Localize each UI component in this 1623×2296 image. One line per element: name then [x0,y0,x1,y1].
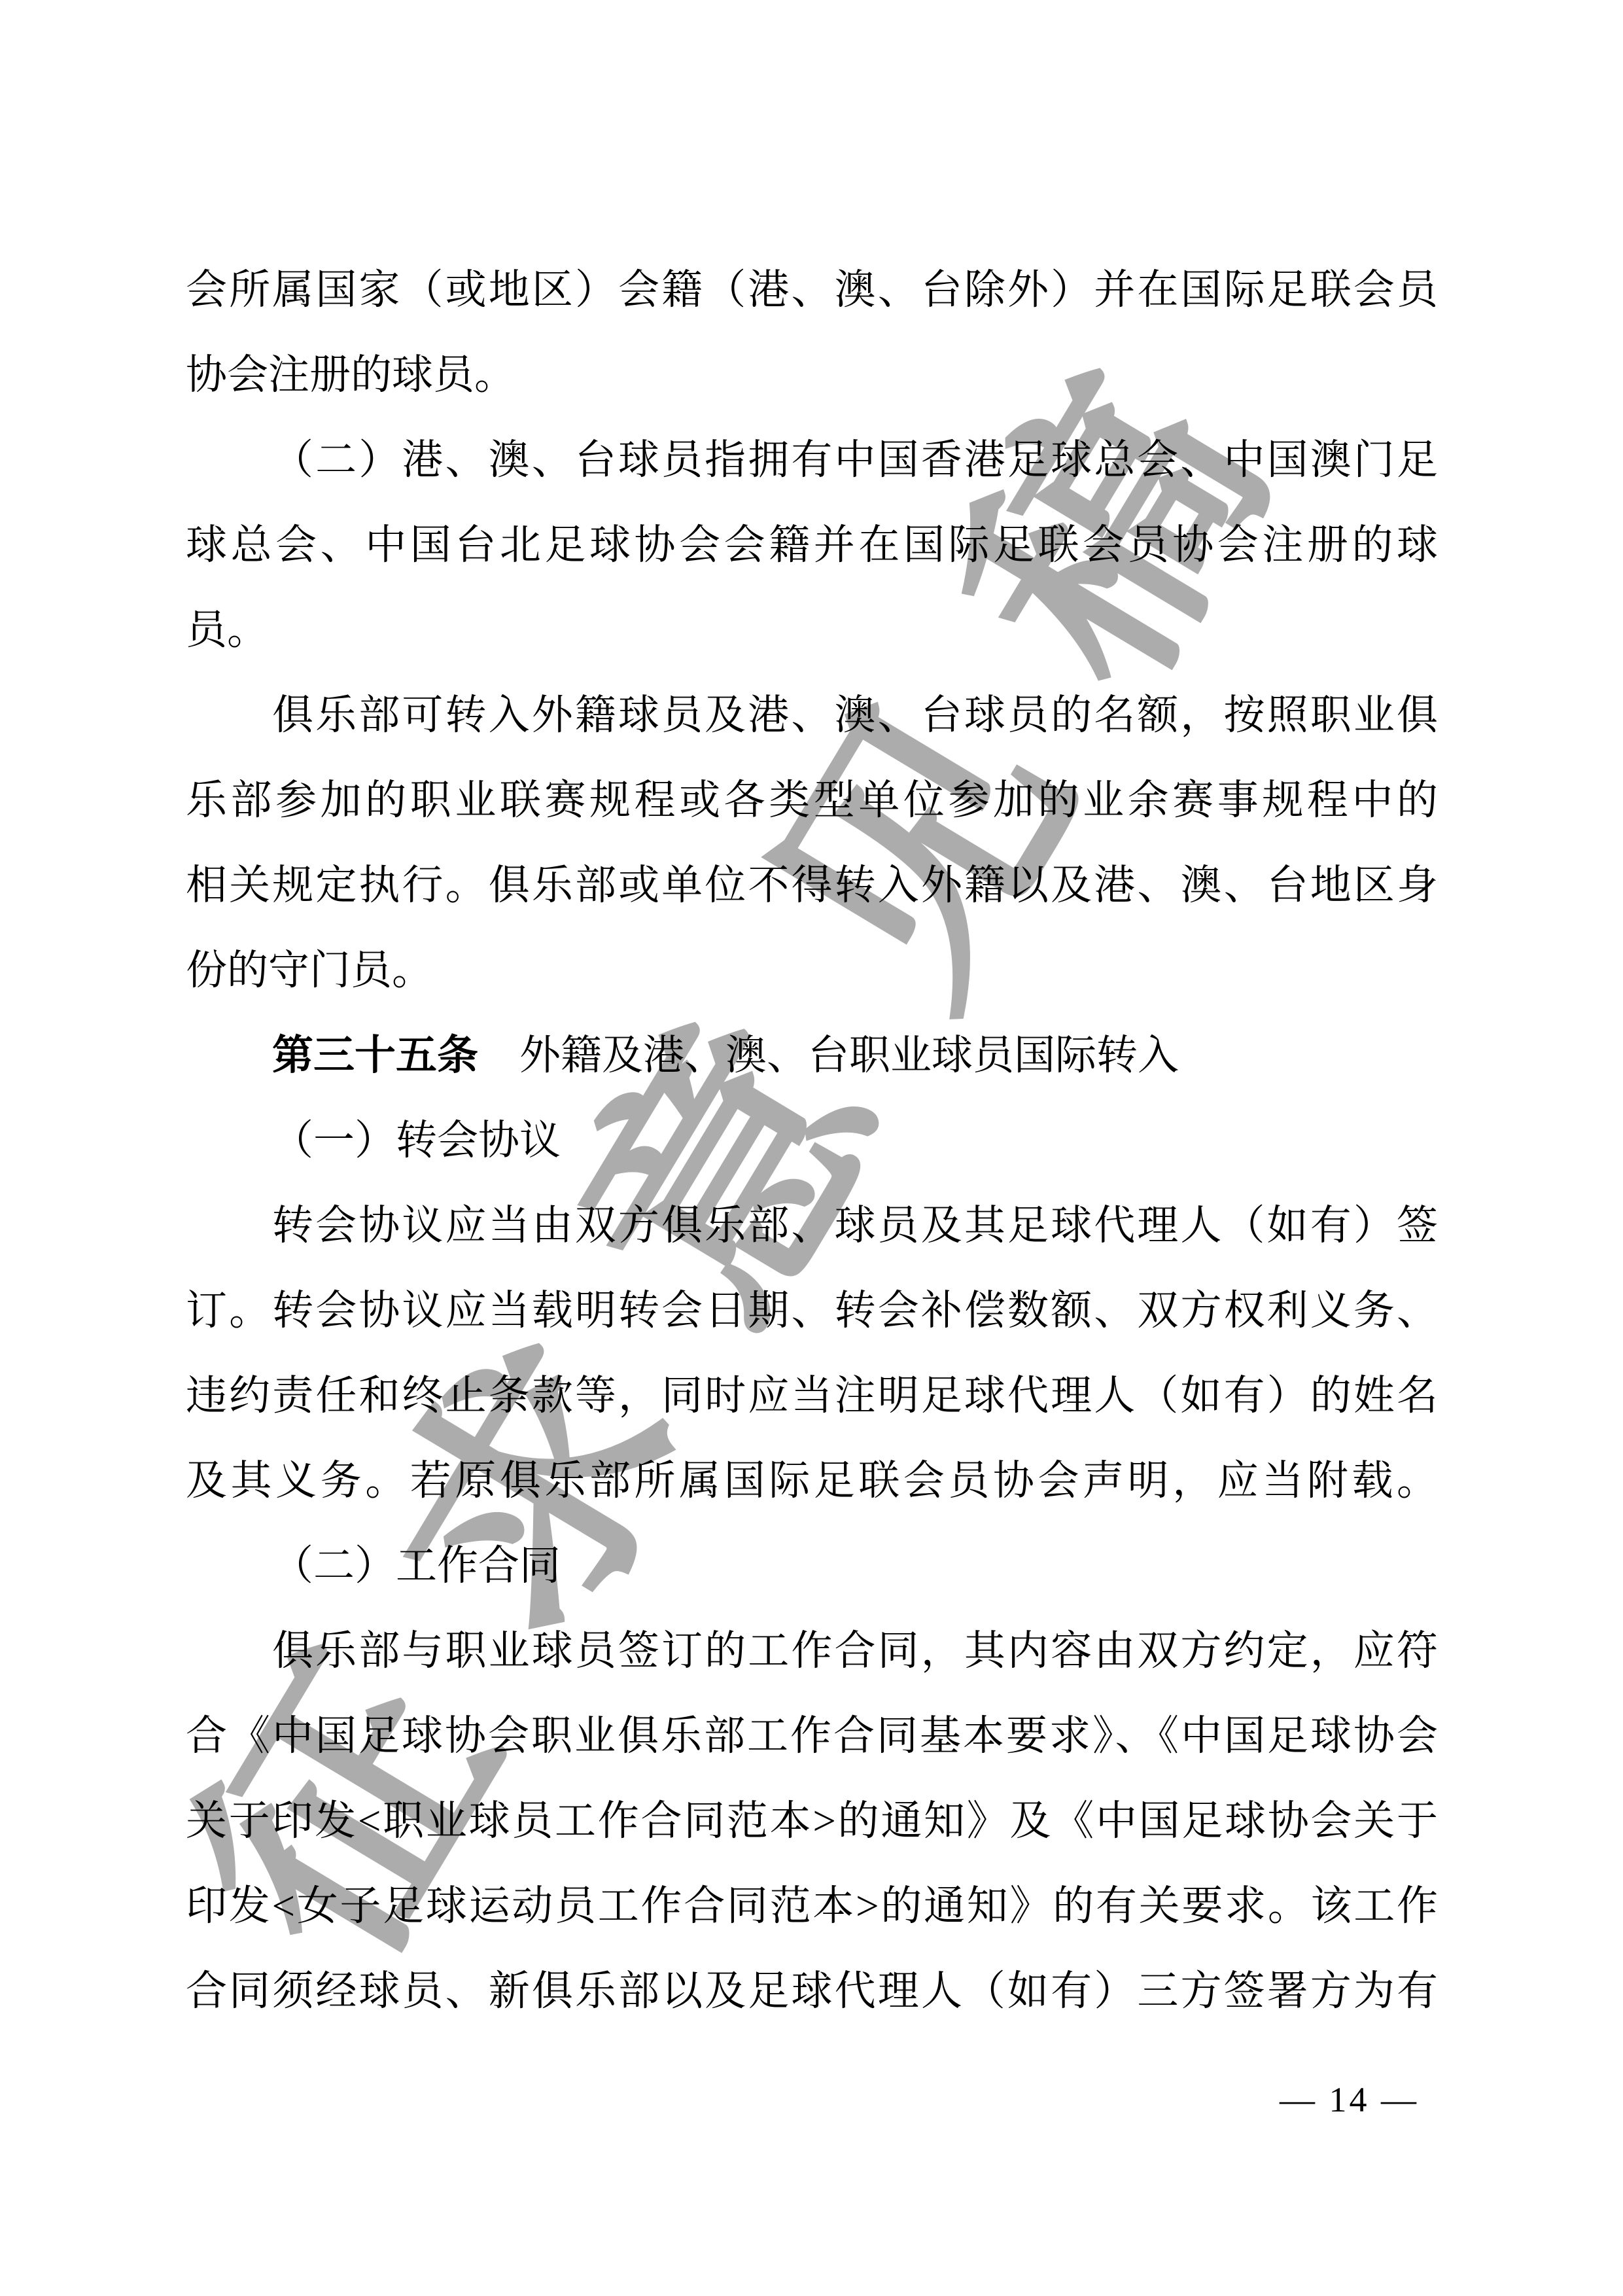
text-line: 相关规定执行。俱乐部或单位不得转入外籍以及港、澳、台地区身 [186,843,1438,928]
line-text: 球总会、中国台北足球协会会籍并在国际足联会员协会注册的球 [186,522,1438,568]
line-text: 俱乐部可转入外籍球员及港、澳、台球员的名额，按照职业俱 [272,692,1438,738]
line-text: 份的守门员。 [186,947,433,993]
text-line: （二）工作合同 [186,1523,1438,1608]
text-line: 印发<女子足球运动员工作合同范本>的通知》的有关要求。该工作 [186,1863,1438,1949]
text-line: 第三十五条 外籍及港、澳、台职业球员国际转入 [186,1013,1438,1098]
line-text: 合同须经球员、新俱乐部以及足球代理人（如有）三方签署方为有 [186,1968,1438,2014]
text-line: 关于印发<职业球员工作合同范本>的通知》及《中国足球协会关于 [186,1778,1438,1863]
text-line: 订。转会协议应当载明转会日期、转会补偿数额、双方权利义务、 [186,1268,1438,1353]
line-text: 转会协议应当由双方俱乐部、球员及其足球代理人（如有）签 [272,1203,1438,1248]
line-text: 印发<女子足球运动员工作合同范本>的通知》的有关要求。该工作 [186,1883,1438,1929]
page-number: — 14 — [1280,2079,1419,2120]
text-line: 违约责任和终止条款等，同时应当注明足球代理人（如有）的姓名 [186,1353,1438,1438]
text-line: 会所属国家（或地区）会籍（港、澳、台除外）并在国际足联会员 [186,247,1438,332]
text-line: （一）转会协议 [186,1098,1438,1183]
line-text: 乐部参加的职业联赛规程或各类型单位参加的业余赛事规程中的 [186,777,1438,823]
line-text: 员。 [186,607,268,653]
article-number: 第三十五条 [272,1033,478,1078]
line-text: 订。转会协议应当载明转会日期、转会补偿数额、双方权利义务、 [186,1288,1438,1333]
text-line: （二）港、澳、台球员指拥有中国香港足球总会、中国澳门足 [186,417,1438,503]
text-line: 员。 [186,588,1438,673]
line-text: 相关规定执行。俱乐部或单位不得转入外籍以及港、澳、台地区身 [186,862,1438,908]
line-text: 会所属国家（或地区）会籍（港、澳、台除外）并在国际足联会员 [186,267,1438,313]
text-line: 乐部参加的职业联赛规程或各类型单位参加的业余赛事规程中的 [186,758,1438,843]
line-text: 违约责任和终止条款等，同时应当注明足球代理人（如有）的姓名 [186,1373,1438,1419]
text-line: 合《中国足球协会职业俱乐部工作合同基本要求》、《中国足球协会 [186,1693,1438,1778]
text-line: 球总会、中国台北足球协会会籍并在国际足联会员协会注册的球 [186,503,1438,588]
text-line: 协会注册的球员。 [186,332,1438,417]
text-line: 俱乐部可转入外籍球员及港、澳、台球员的名额，按照职业俱 [186,673,1438,758]
line-text: 关于印发<职业球员工作合同范本>的通知》及《中国足球协会关于 [186,1798,1438,1844]
line-text: 外籍及港、澳、台职业球员国际转入 [478,1033,1179,1078]
document-body: 会所属国家（或地区）会籍（港、澳、台除外）并在国际足联会员协会注册的球员。（二）… [0,0,1623,2034]
line-text: 及其义务。若原俱乐部所属国际足联会员协会声明，应当附载。 [186,1458,1438,1504]
text-line: 及其义务。若原俱乐部所属国际足联会员协会声明，应当附载。 [186,1438,1438,1523]
line-text: （二）工作合同 [272,1543,561,1589]
line-text: 协会注册的球员。 [186,352,515,398]
line-text: 合《中国足球协会职业俱乐部工作合同基本要求》、《中国足球协会 [186,1713,1438,1759]
line-text: （一）转会协议 [272,1118,561,1163]
document-page: 征求意见稿 会所属国家（或地区）会籍（港、澳、台除外）并在国际足联会员协会注册的… [0,0,1623,2296]
text-line: 转会协议应当由双方俱乐部、球员及其足球代理人（如有）签 [186,1183,1438,1268]
text-line: 合同须经球员、新俱乐部以及足球代理人（如有）三方签署方为有 [186,1949,1438,2034]
text-line: 俱乐部与职业球员签订的工作合同，其内容由双方约定，应符 [186,1608,1438,1693]
text-line: 份的守门员。 [186,928,1438,1013]
line-text: 俱乐部与职业球员签订的工作合同，其内容由双方约定，应符 [272,1628,1438,1674]
line-text: （二）港、澳、台球员指拥有中国香港足球总会、中国澳门足 [272,437,1438,483]
